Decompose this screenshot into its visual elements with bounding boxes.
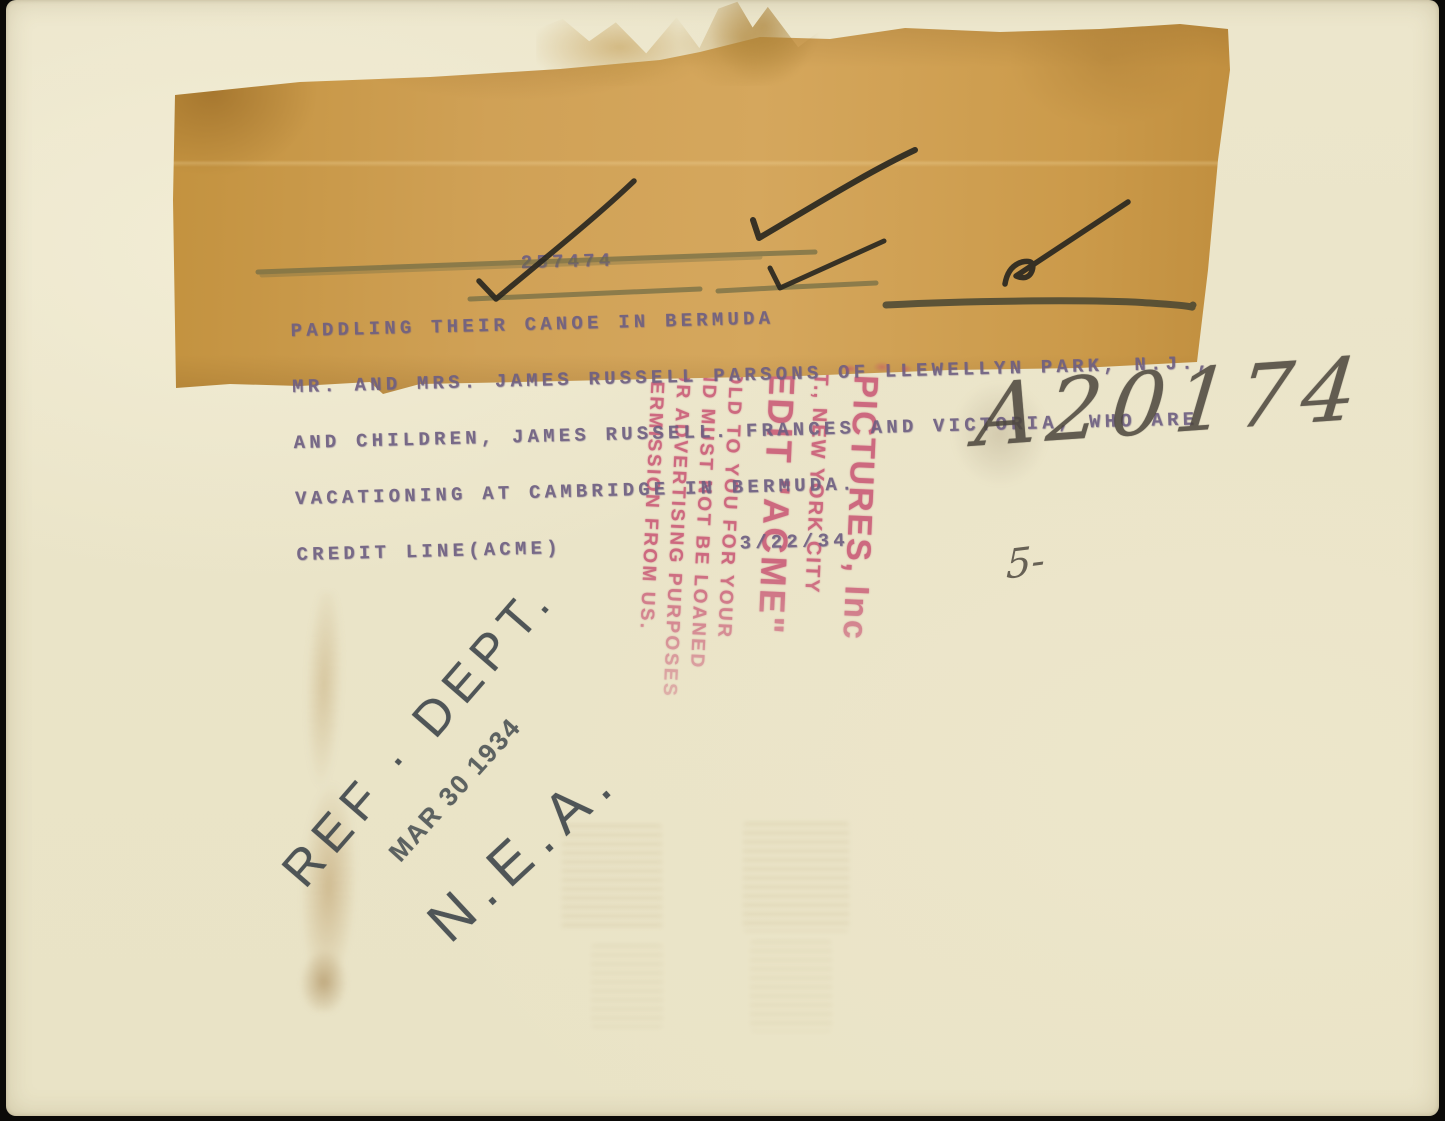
ghost-stamp-impression bbox=[591, 944, 663, 1028]
caption-title: PADDLING THEIR CANOE IN BERMUDA bbox=[290, 307, 774, 342]
caption-number: 257474 bbox=[257, 231, 1209, 284]
ghost-stamp-impression bbox=[743, 822, 849, 932]
caption-date: 3/22/34 bbox=[739, 530, 849, 555]
ghost-stamp-impression bbox=[750, 940, 832, 1032]
red-stamp-residue bbox=[834, 358, 914, 376]
caption-line: VACATIONING AT CAMBRIDGE IN BERMUDA. bbox=[295, 473, 857, 510]
handwritten-note: 5- bbox=[1006, 537, 1045, 588]
credit-line: CREDIT LINE(ACME) bbox=[296, 537, 562, 566]
